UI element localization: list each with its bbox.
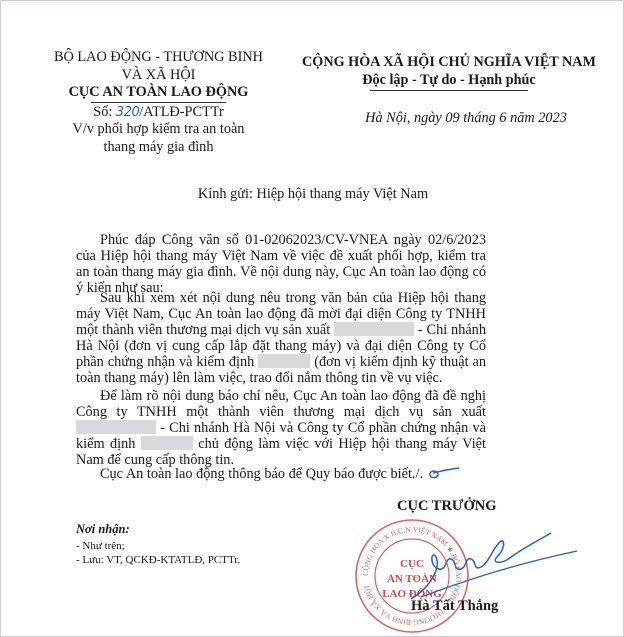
handwritten-signature-icon [401,527,581,607]
subject-line-2: thang máy gia đình [41,139,276,157]
body-paragraph-4: Cục An toàn lao động thông báo để Quy bá… [76,466,486,482]
body-paragraph-2: Sau khi xem xét nội dung nêu trong văn b… [76,290,486,386]
initial-mark-icon [427,466,461,480]
document-number: Số: 320/ATLĐ-PCTTr [41,104,276,122]
recipients-block: Nơi nhận: - Như trên; - Lưu: VT, QCKĐ-KT… [76,522,240,568]
motto-underline [370,90,528,91]
recipient-item: - Lưu: VT, QCKĐ-KTATLĐ, PCTTr. [76,553,240,568]
handwritten-number: 320 [116,105,139,120]
place-date: Hà Nội, ngày 09 tháng 6 năm 2023 [346,110,586,127]
body-paragraph-1: Phúc đáp Công văn số 01-02062023/CV-VNEA… [76,232,486,296]
ministry-line-1: BỘ LAO ĐỘNG - THƯƠNG BINH [41,49,276,67]
body-paragraph-3: Để làm rõ nội dung báo chí nêu, Cục An t… [76,388,486,468]
redacted-company-name [76,420,156,434]
redacted-company-name [334,322,414,336]
ministry-line-2: VÀ XÃ HỘI [41,67,276,85]
document-page: BỘ LAO ĐỘNG - THƯƠNG BINH VÀ XÃ HỘI CỤC … [0,0,624,637]
redacted-inspection-company [141,436,193,450]
salutation: Kính gửi: Hiệp hội thang máy Việt Nam [1,186,624,203]
department-name: CỤC AN TOÀN LAO ĐỘNG [69,84,249,102]
redacted-inspection-company [258,354,310,368]
nation-title: CỘNG HÒA XÃ HỘI CHỦ NGHĨA VIỆT NAM [299,53,599,71]
national-header-block: CỘNG HÒA XÃ HỘI CHỦ NGHĨA VIỆT NAM Độc l… [299,53,599,91]
national-motto: Độc lập - Tự do - Hạnh phúc [362,71,535,89]
issuing-agency-block: BỘ LAO ĐỘNG - THƯƠNG BINH VÀ XÃ HỘI CỤC … [41,49,276,156]
signer-title: CỤC TRƯỞNG [397,498,497,515]
recipient-item: - Như trên; [76,539,240,554]
recipients-label: Nơi nhận: [76,522,240,537]
signer-name: Hà Tất Thắng [411,598,498,615]
subject-line-1: V/v phối hợp kiểm tra an toàn [41,121,276,139]
